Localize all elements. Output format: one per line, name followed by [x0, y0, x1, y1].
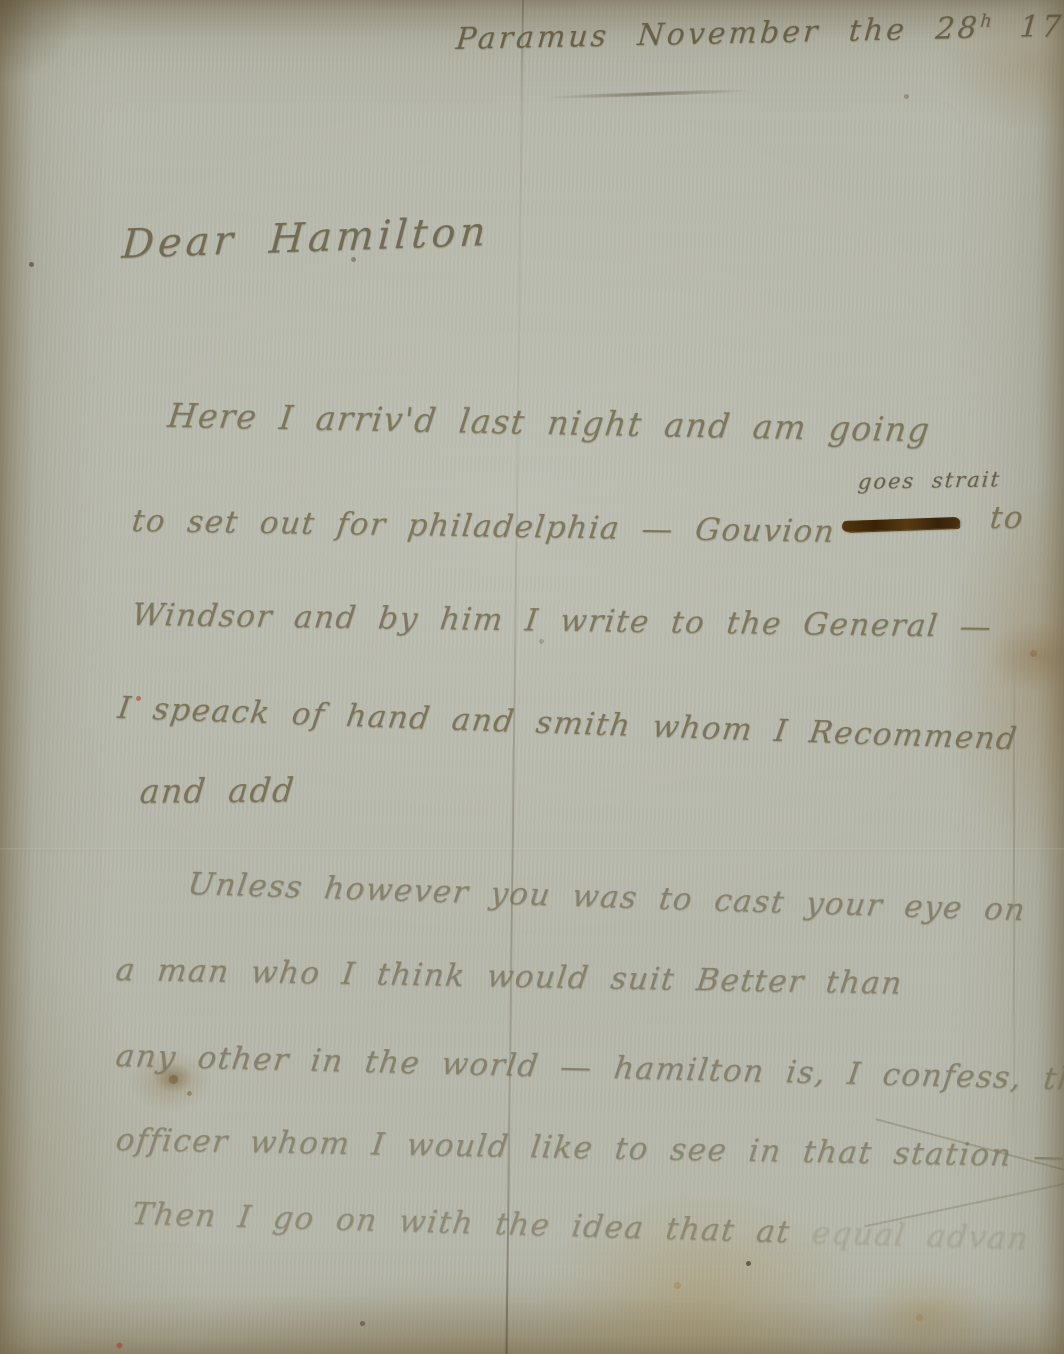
dateline: Paramus November the 28h 1780 [455, 8, 1064, 57]
body-line-4: I speack of hand and smith whom I Recomm… [115, 690, 1020, 757]
dateline-underline-flourish [528, 88, 770, 100]
body-line-7: a man who I think would suit Better than [114, 952, 905, 1002]
body-line-1: Here I arriv'd last night and am going [166, 396, 933, 450]
dateline-year: 1780 [1018, 8, 1064, 45]
struck-out-word-scribble [842, 517, 960, 532]
dateline-superscript: h [979, 11, 992, 32]
body-line-10-faded-ending: equal advan [809, 1215, 1031, 1257]
body-line-3: Windsor and by him I write to the Genera… [130, 597, 995, 645]
body-line-6: Unless however you was to cast your eye … [186, 866, 1029, 928]
body-line-2-after-word: to [988, 500, 1026, 536]
body-line-8: any other in the world — hamilton is, I … [114, 1038, 1064, 1098]
dateline-place-and-date: Paramus November the 28 [455, 11, 982, 57]
body-line-5: and add [138, 771, 297, 811]
body-line-10: Then I go on with the idea that at equal… [130, 1196, 1032, 1257]
scanned-letter-page: Paramus November the 28h 1780 Dear Hamil… [0, 0, 1064, 1354]
interlined-insertion: goes strait [857, 467, 1002, 494]
horizontal-fold-crease [0, 848, 1064, 851]
salutation: Dear Hamilton [120, 209, 491, 268]
foxing-specks [0, 0, 3, 3]
body-line-2: to set out for philadelphia — Gouvion [130, 503, 838, 550]
body-line-9: officer whom I would like to see in that… [114, 1122, 1064, 1175]
body-line-10-text: Then I go on with the idea that at [130, 1196, 793, 1250]
